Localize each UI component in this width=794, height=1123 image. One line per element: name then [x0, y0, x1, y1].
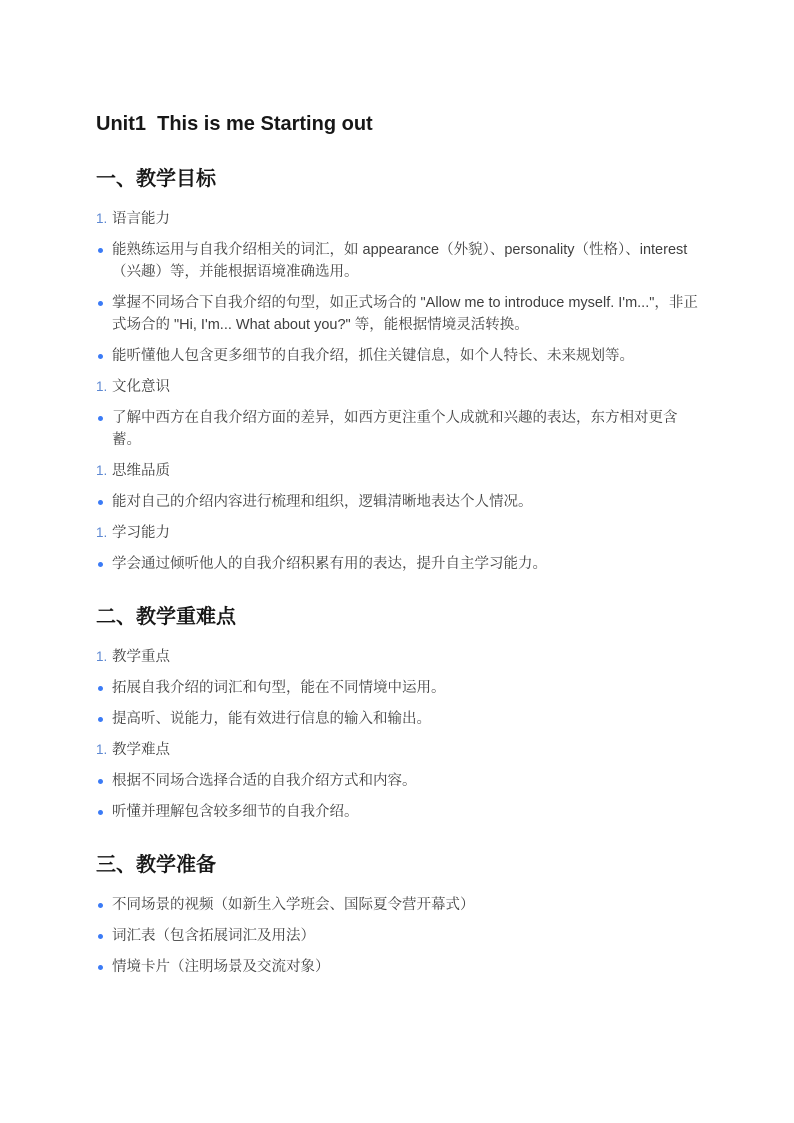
list-item-bulleted: 拓展自我介绍的词汇和句型，能在不同情境中运用。 — [96, 677, 702, 699]
bullet-icon — [98, 500, 103, 505]
list-item-text: 能对自己的介绍内容进行梳理和组织，逻辑清晰地表达个人情况。 — [112, 491, 702, 513]
list-item-bulleted: 了解中西方在自我介绍方面的差异，如西方更注重个人成就和兴趣的表达，东方相对更含蓄… — [96, 407, 702, 451]
list-number-marker: 1. — [96, 460, 112, 482]
list-item-numbered: 1. 学习能力 — [96, 522, 702, 544]
list-item-text: 根据不同场合选择合适的自我介绍方式和内容。 — [112, 770, 702, 792]
list-item-text: 词汇表（包含拓展词汇及用法） — [112, 925, 702, 947]
list-item-numbered: 1. 文化意识 — [96, 376, 702, 398]
section-heading: 三、教学准备 — [96, 852, 702, 878]
list-number-marker: 1. — [96, 522, 112, 544]
bullet-icon — [98, 965, 103, 970]
list-item-text: 提高听、说能力，能有效进行信息的输入和输出。 — [112, 708, 702, 730]
list-item-text: 拓展自我介绍的词汇和句型，能在不同情境中运用。 — [112, 677, 702, 699]
list-item-bulleted: 听懂并理解包含较多细节的自我介绍。 — [96, 801, 702, 823]
list-item-numbered: 1. 教学重点 — [96, 646, 702, 668]
bullet-icon — [98, 810, 103, 815]
list-item-text: 能听懂他人包含更多细节的自我介绍，抓住关键信息，如个人特长、未来规划等。 — [112, 345, 702, 367]
document-title: Unit1 This is me Starting out — [96, 112, 702, 137]
list-item-text: 听懂并理解包含较多细节的自我介绍。 — [112, 801, 702, 823]
list-item-text: 学习能力 — [112, 522, 702, 544]
bullet-icon — [98, 934, 103, 939]
list-item-text: 掌握不同场合下自我介绍的句型，如正式场合的 "Allow me to intro… — [112, 292, 702, 336]
bullet-icon — [98, 248, 103, 253]
section-teaching-objectives: 一、教学目标 1. 语言能力 能熟练运用与自我介绍相关的词汇，如 appeara… — [96, 166, 702, 575]
list-item-text: 能熟练运用与自我介绍相关的词汇，如 appearance（外貌）、persona… — [112, 239, 702, 283]
list-item-bulleted: 掌握不同场合下自我介绍的句型，如正式场合的 "Allow me to intro… — [96, 292, 702, 336]
document-page: Unit1 This is me Starting out 一、教学目标 1. … — [0, 0, 794, 1123]
list-item-numbered: 1. 教学难点 — [96, 739, 702, 761]
bullet-icon — [98, 301, 103, 306]
list-item-numbered: 1. 思维品质 — [96, 460, 702, 482]
list-number-marker: 1. — [96, 646, 112, 668]
list-item-bulleted: 学会通过倾听他人的自我介绍积累有用的表达，提升自主学习能力。 — [96, 553, 702, 575]
list-number-marker: 1. — [96, 208, 112, 230]
bullet-icon — [98, 686, 103, 691]
list-item-bulleted: 能听懂他人包含更多细节的自我介绍，抓住关键信息，如个人特长、未来规划等。 — [96, 345, 702, 367]
section-teaching-preparation: 三、教学准备 不同场景的视频（如新生入学班会、国际夏令营开幕式） 词汇表（包含拓… — [96, 852, 702, 978]
section-heading: 二、教学重难点 — [96, 604, 702, 630]
list-item-bulleted: 词汇表（包含拓展词汇及用法） — [96, 925, 702, 947]
list-item-bulleted: 不同场景的视频（如新生入学班会、国际夏令营开幕式） — [96, 894, 702, 916]
list-item-text: 教学重点 — [112, 646, 702, 668]
list-item-text: 教学难点 — [112, 739, 702, 761]
list-item-text: 思维品质 — [112, 460, 702, 482]
list-item-text: 学会通过倾听他人的自我介绍积累有用的表达，提升自主学习能力。 — [112, 553, 702, 575]
bullet-icon — [98, 416, 103, 421]
section-heading: 一、教学目标 — [96, 166, 702, 192]
list-item-text: 了解中西方在自我介绍方面的差异，如西方更注重个人成就和兴趣的表达，东方相对更含蓄… — [112, 407, 702, 451]
list-number-marker: 1. — [96, 376, 112, 398]
bullet-icon — [98, 903, 103, 908]
bullet-icon — [98, 354, 103, 359]
list-item-bulleted: 能熟练运用与自我介绍相关的词汇，如 appearance（外貌）、persona… — [96, 239, 702, 283]
bullet-icon — [98, 562, 103, 567]
list-item-bulleted: 提高听、说能力，能有效进行信息的输入和输出。 — [96, 708, 702, 730]
list-item-numbered: 1. 语言能力 — [96, 208, 702, 230]
list-item-text: 语言能力 — [112, 208, 702, 230]
bullet-icon — [98, 779, 103, 784]
list-item-text: 情境卡片（注明场景及交流对象） — [112, 956, 702, 978]
list-item-text: 不同场景的视频（如新生入学班会、国际夏令营开幕式） — [112, 894, 702, 916]
list-item-bulleted: 能对自己的介绍内容进行梳理和组织，逻辑清晰地表达个人情况。 — [96, 491, 702, 513]
section-key-difficult-points: 二、教学重难点 1. 教学重点 拓展自我介绍的词汇和句型，能在不同情境中运用。 … — [96, 604, 702, 823]
list-number-marker: 1. — [96, 739, 112, 761]
bullet-icon — [98, 717, 103, 722]
list-item-text: 文化意识 — [112, 376, 702, 398]
list-item-bulleted: 情境卡片（注明场景及交流对象） — [96, 956, 702, 978]
list-item-bulleted: 根据不同场合选择合适的自我介绍方式和内容。 — [96, 770, 702, 792]
